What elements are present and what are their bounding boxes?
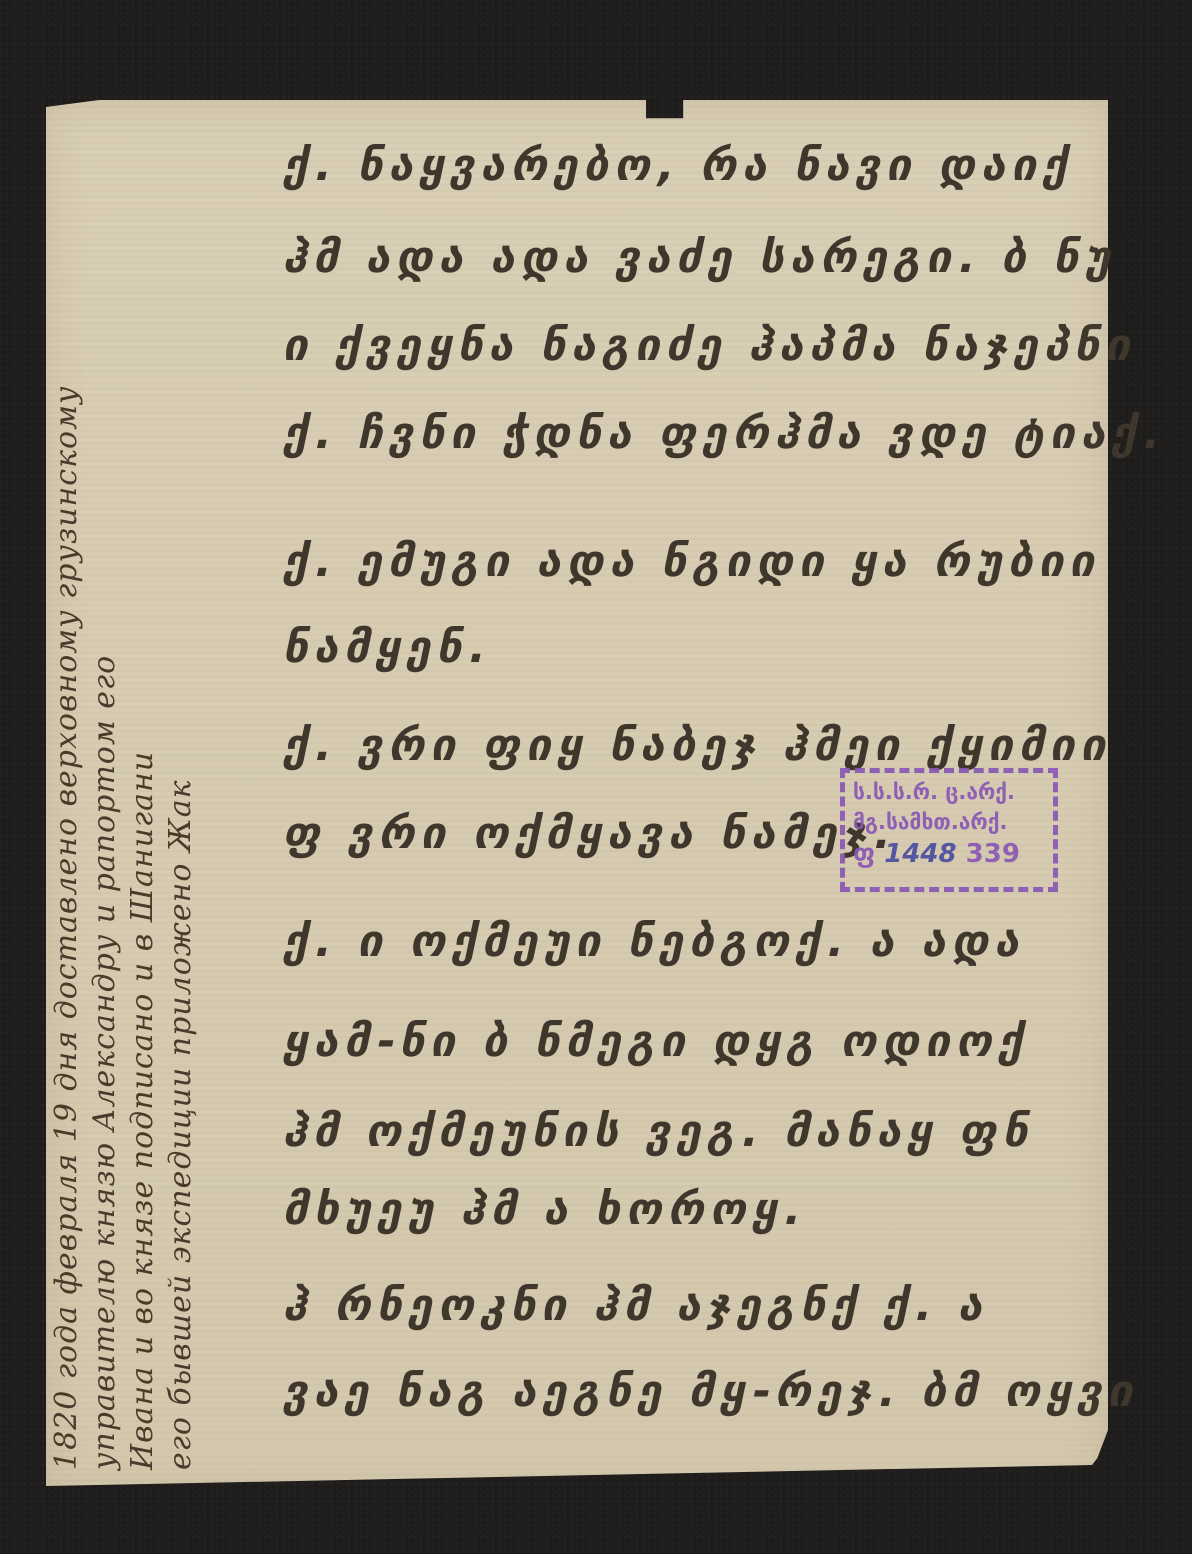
text-line: მხუეუ ჰმ ა ხოროყ.	[280, 1184, 813, 1235]
text-line: ჰ რნეოკნი ჰმ აჯეგნქ ქ. ა	[280, 1280, 996, 1331]
text-line: ნამყენ.	[280, 622, 498, 673]
text-line: ქ. ი ოქმეუი ნებგოქ. ა ადა	[280, 916, 1033, 967]
text-line: ჰმ ადა ადა ვაძე სარეგი. ბ ნუ	[280, 232, 1124, 283]
margin-note-line: 1820 года февраля 19 дня доставлено верх…	[48, 110, 86, 1470]
text-line: ქ. ნაყვარებო, რა ნავი დაიქ	[280, 140, 1081, 191]
margin-note-russian: 1820 года февраля 19 дня доставлено верх…	[48, 110, 200, 1470]
text-line: ჰმ ოქმეუნის ვეგ. მანაყ ფნ	[280, 1106, 1042, 1157]
text-line: ქ. ემუგი ადა ნგიდი ყა რუბიი	[280, 536, 1108, 587]
archive-stamp: ს.ს.ს.რ. ც.არქ. მგ.სამხთ.არქ. ფ 1448 339	[840, 768, 1058, 892]
margin-note-line: управителю князю Александру и рапортом е…	[86, 110, 124, 1470]
text-line: ქ. ჩვნი ჭდნა ფერჰმა ვდე ტიაქ.	[280, 408, 1172, 459]
text-line: ვაე ნაგ აეგნე მყ-რეჯ. ბმ ოყვი	[280, 1366, 1147, 1417]
text-line: ი ქვეყნა ნაგიძე ჰაპმა ნაჯეპნი	[280, 320, 1144, 371]
stamp-prefix: ფ	[853, 839, 875, 869]
stamp-item-number: 339	[966, 839, 1020, 869]
stamp-fund-number: 1448	[884, 839, 956, 869]
stamp-numbers: ფ 1448 339	[853, 837, 1045, 871]
text-line: ფ ვრი ოქმყავა ნამეჯ.	[280, 808, 903, 859]
stamp-line: ს.ს.ს.რ. ც.არქ.	[853, 777, 1045, 807]
stamp-line: მგ.სამხთ.არქ.	[853, 807, 1045, 837]
margin-note-line: его бывшей экспедиции приложено Жак	[162, 110, 200, 1470]
text-line: ყამ-ნი ბ ნმეგი დყგ ოდიოქ	[280, 1016, 1036, 1067]
text-line: ქ. ვრი ფიყ ნაბეჯ ჰმეი ქყიმიი	[280, 720, 1119, 771]
margin-note-line: Ивана и во князе подписано и в Шанигани	[124, 110, 162, 1470]
